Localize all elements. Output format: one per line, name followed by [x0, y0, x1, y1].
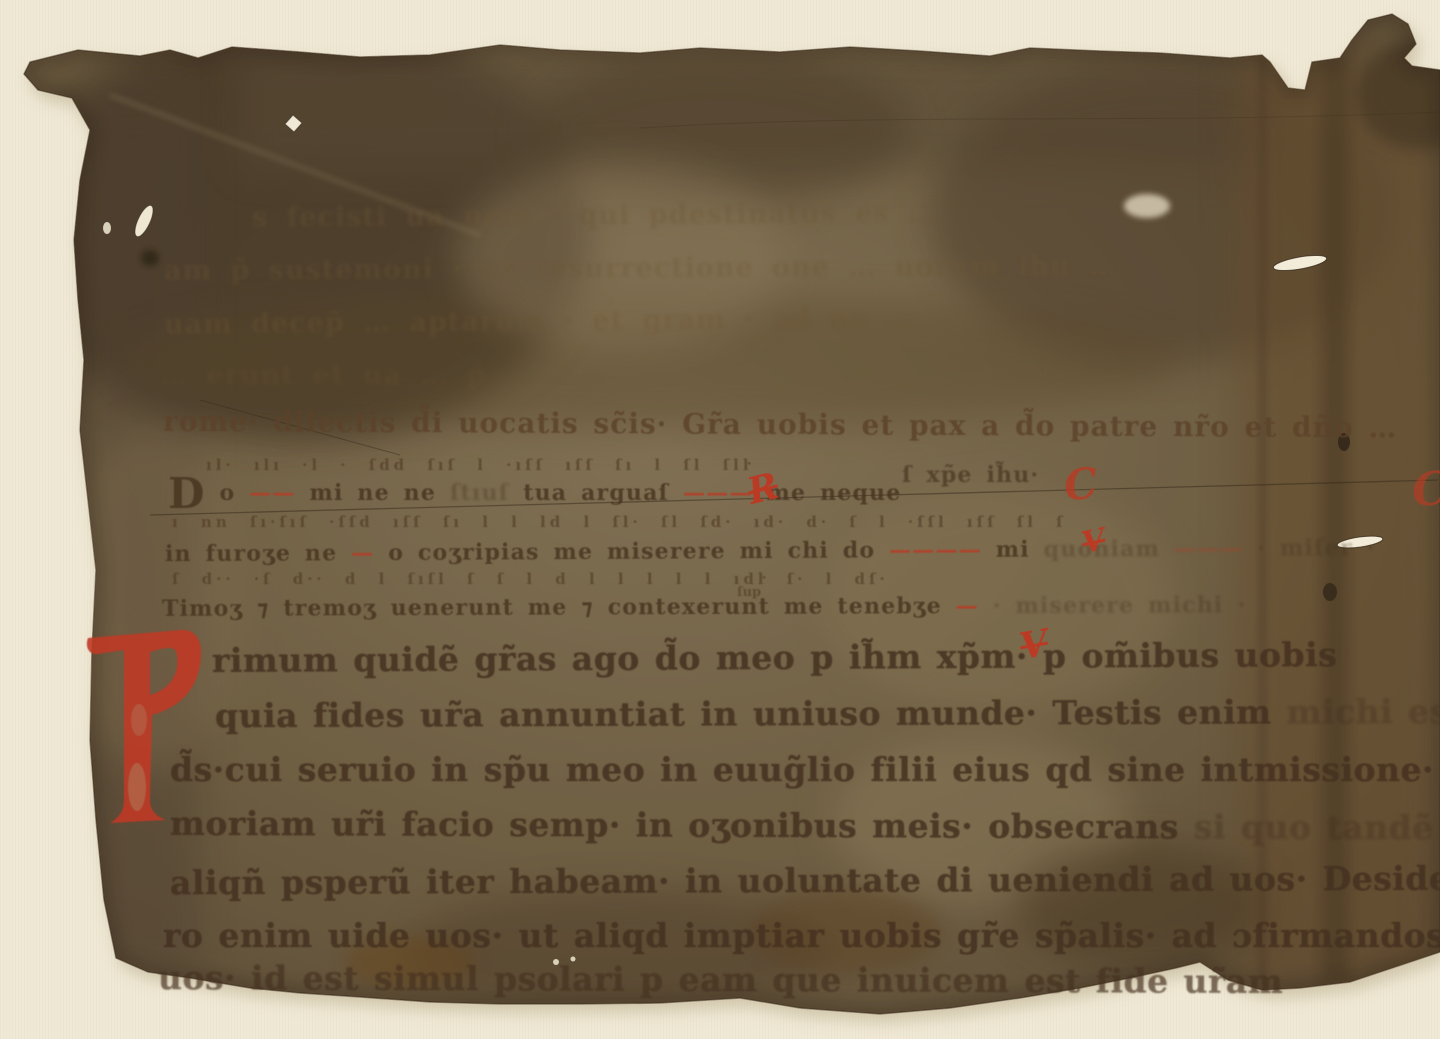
neume-row: ı nn ſı·ſıſ ·ſſd ıſſ ſı l l ld l ſl· ſl …: [172, 513, 1067, 531]
red-letter-c: C: [1062, 458, 1100, 510]
chant-syllable: mi: [996, 537, 1030, 563]
red-filler-line: ———: [1174, 536, 1244, 562]
chant-line: D o —— mi ne ne ſtıuſ tua arguaſ ——— me …: [168, 480, 901, 506]
text-segment: ro enim uide uos· ut aliqd imptiar uobis…: [163, 916, 1440, 955]
red-letter-c: C: [1410, 461, 1440, 517]
chant-syllable: o: [219, 480, 235, 506]
address-line: rome· dilectis d̃i uocatis sc̃is· Gr̃a u…: [163, 405, 1398, 444]
ghost-line: uam decep̃ … aptarum · et gram · ad oc …: [164, 303, 913, 341]
ghost-line: … erunt et ua … p̃ …: [160, 360, 533, 391]
chant-line: in furoʒe ne — o coʒripias me miserere m…: [165, 535, 1376, 567]
chant-syllable: · miſer ·: [1257, 535, 1375, 562]
chant-syllable: Timoʒ ⁊ tremoʒ uenerunt me ⁊ contexerunt…: [162, 593, 942, 622]
neume-row: ſ d·· ·ſ d·· d l ſıſl ſ ſ l d l l l l l …: [172, 570, 889, 588]
chant-syllable: o coʒripias me miserere mi chi do: [388, 537, 875, 566]
text-segment: moriam ur̃i facio semp· in oʒonibus meis…: [170, 804, 1179, 847]
main-text-line: moriam ur̃i facio semp· in oʒonibus meis…: [170, 804, 1434, 847]
chant-syllable: tua arguaſ: [523, 480, 669, 506]
text-segment: si quo tandẽ: [1194, 807, 1434, 847]
red-filler-line: ————: [889, 537, 982, 563]
red-filler-line: —: [351, 540, 374, 566]
text-segment: d̃s·cui seruio in sp̃u meo in euug̃lio f…: [170, 750, 1440, 789]
text-segment: aliqñ psperũ iter habeam· in uoluntate d…: [170, 859, 1440, 902]
main-text-line: ro enim uide uos· ut aliqd imptiar uobis…: [163, 916, 1440, 955]
chant-line: Timoʒ ⁊ tremoʒ uenerunt me ⁊ contexerunt…: [162, 592, 1246, 622]
main-text-line: rimum quidẽ gr̃as ago d̃o meo p ih̃m xp̃…: [212, 635, 1337, 680]
chant-syllable: mi ne ne: [309, 480, 436, 506]
main-text-line: uos· id est simul psolari p eam que inui…: [158, 958, 1283, 1001]
text-segment: rimum quidẽ gr̃as ago d̃o meo p ih̃m xp̃…: [212, 635, 1337, 680]
xpe-ihu-fragment: ſ xp̃e ih̃u·: [902, 462, 1039, 488]
text-segment: michi est: [1286, 692, 1440, 732]
text-segment: quia fides ur̃a annuntiat in uniuso mund…: [215, 692, 1272, 735]
red-filler-line: ——: [249, 480, 295, 506]
ghost-line: am p̃ sustemoni · ex resurrectione one ……: [164, 251, 1117, 287]
text-segment: uos· id est simul psolari p eam que inui…: [158, 958, 1283, 1001]
neume-row: ıl· ılı ·l · ſdd ſıſ l ·ıſſ ıſſ ſı l ſl …: [206, 456, 753, 474]
chant-initial-d: D: [168, 469, 206, 518]
main-text-line: d̃s·cui seruio in sp̃u meo in euug̃lio f…: [170, 750, 1440, 789]
ghost-line: s fecisti ua nem · qui pdestinatus es …: [252, 198, 936, 234]
manuscript-photo: s fecisti ua nem · qui pdestinatus es … …: [0, 0, 1440, 1039]
manuscript-text-layer: s fecisti ua nem · qui pdestinatus es … …: [0, 0, 1440, 1039]
chant-syllable: · miserere michi ·: [993, 592, 1247, 619]
main-text-line: quia fides ur̃a annuntiat in uniuso mund…: [215, 692, 1440, 735]
chant-syllable: ſtıuſ: [450, 480, 509, 506]
main-text-line: aliqñ psperũ iter habeam· in uoluntate d…: [170, 859, 1440, 902]
red-filler-line: ———: [683, 480, 753, 506]
red-filler-line: —: [956, 593, 979, 619]
chant-syllable: in furoʒe ne: [165, 540, 337, 567]
chant-syllable: me neque: [767, 480, 902, 506]
